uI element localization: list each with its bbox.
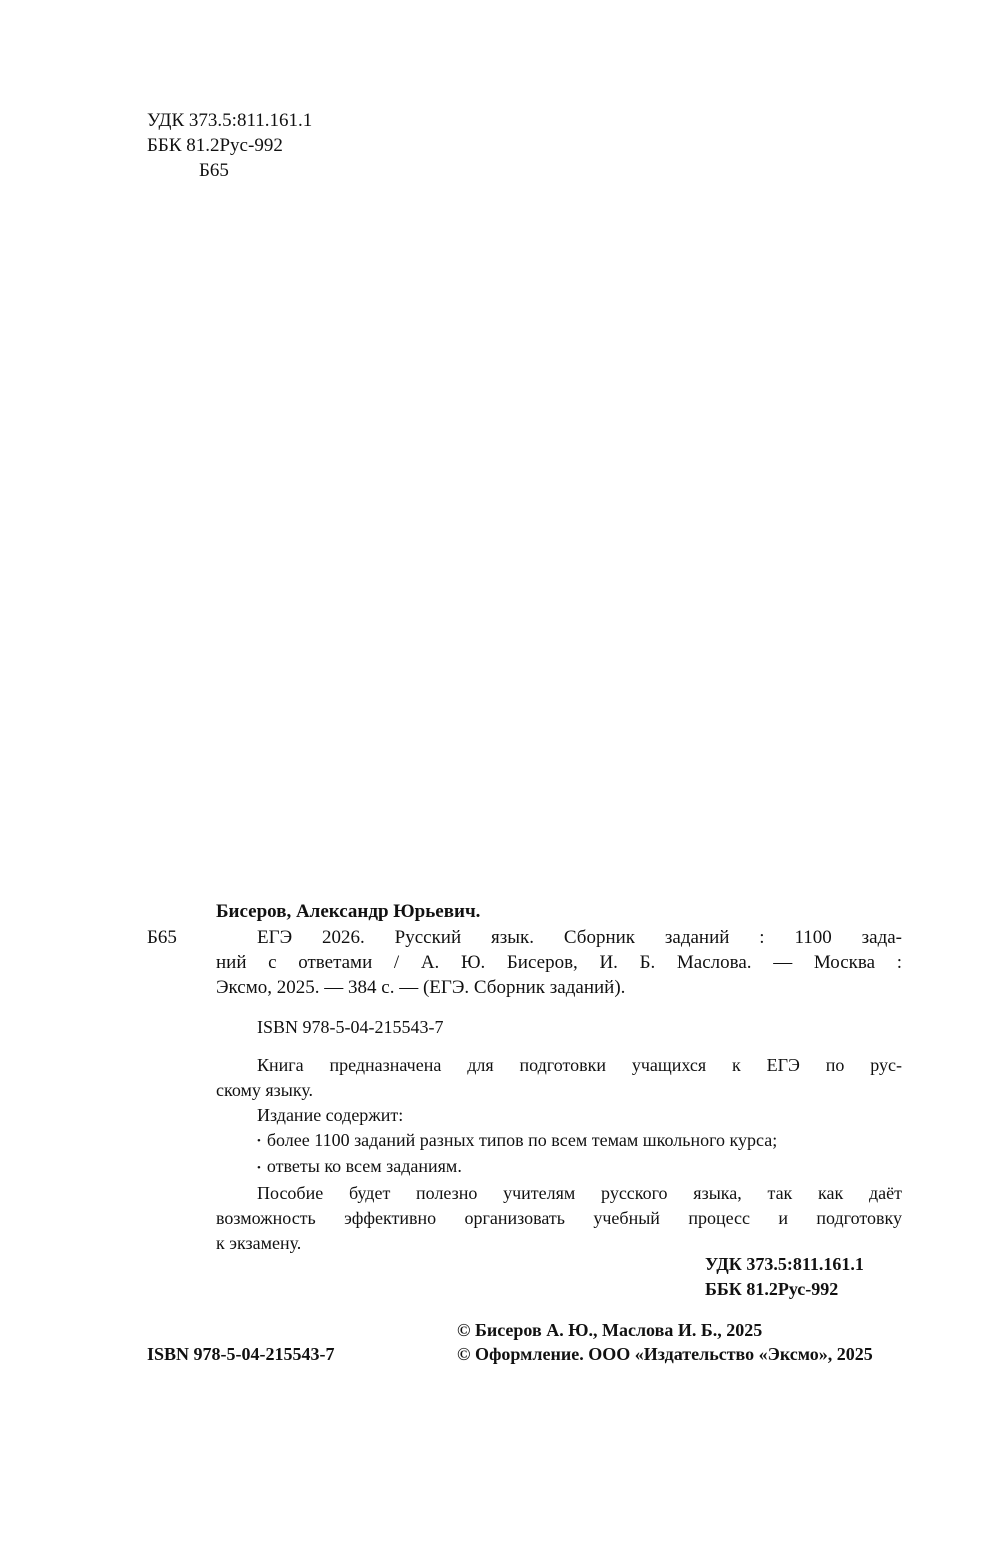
author-heading: Бисеров, Александр Юрьевич.	[216, 899, 480, 924]
top-author-mark: Б65	[199, 158, 229, 183]
description-line: ЕГЭ 2026. Русский язык. Сборник заданий …	[216, 925, 902, 950]
annotation-usage-line: возможность эффективно организовать учеб…	[216, 1206, 902, 1231]
record-description: ЕГЭ 2026. Русский язык. Сборник заданий …	[216, 925, 902, 1000]
bullet-text: более 1100 заданий разных типов по всем …	[267, 1130, 777, 1150]
top-bbk: ББК 81.2Рус-992	[147, 133, 283, 158]
annotation: Книга предназначена для подготовки учащи…	[216, 1053, 902, 1256]
annotation-bullet-item: •более 1100 заданий разных типов по всем…	[216, 1128, 902, 1154]
bullet-text: ответы ко всем заданиям.	[267, 1156, 462, 1176]
annotation-purpose-line: Книга предназначена для подготовки учащи…	[216, 1053, 902, 1078]
record-isbn: ISBN 978-5-04-215543-7	[257, 1015, 444, 1040]
top-udk: УДК 373.5:811.161.1	[147, 108, 312, 133]
annotation-contents-heading: Издание содержит:	[216, 1103, 902, 1128]
copyright-design: © Оформление. ООО «Издательство «Эксмо»,…	[457, 1342, 873, 1367]
bullet-icon: •	[257, 1135, 261, 1147]
bullet-icon: •	[257, 1162, 261, 1174]
footer-isbn: ISBN 978-5-04-215543-7	[147, 1342, 335, 1367]
copyright-authors: © Бисеров А. Ю., Маслова И. Б., 2025	[457, 1318, 762, 1343]
annotation-bullet-item: •ответы ко всем заданиям.	[216, 1154, 902, 1180]
annotation-purpose-line: скому языку.	[216, 1078, 902, 1103]
description-line: Эксмо, 2025. — 384 с. — (ЕГЭ. Сборник за…	[216, 975, 902, 1000]
record-author-mark: Б65	[147, 925, 177, 950]
description-line: ний с ответами / А. Ю. Бисеров, И. Б. Ма…	[216, 950, 902, 975]
bottom-bbk: ББК 81.2Рус-992	[705, 1277, 838, 1302]
annotation-usage-line: Пособие будет полезно учителям русского …	[216, 1181, 902, 1206]
bottom-udk: УДК 373.5:811.161.1	[705, 1252, 864, 1277]
